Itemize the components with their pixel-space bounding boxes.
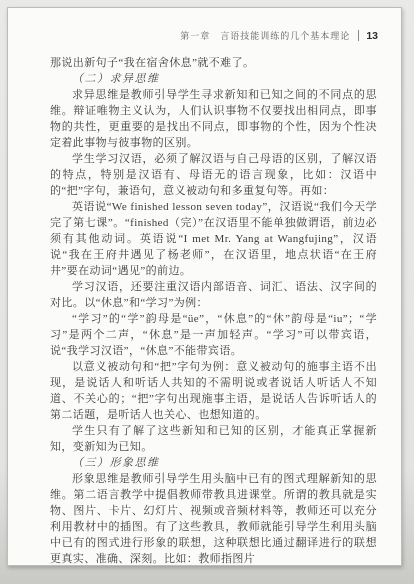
book-page: 第一章 言语技能训练的几个基本理论 13 那说出新句子“我在宿舍休息”就不难了。…: [7, 7, 402, 566]
body-paragraph: “学习”的“学”韵母是“üe”，“休息”的“休”韵母是“iu”；“学习”是两个二…: [50, 311, 377, 359]
page-body: 那说出新句子“我在宿舍休息”就不难了。（二）求异思维求异思维是教师引导学生寻求新…: [50, 55, 377, 567]
body-paragraph: 求异思维是教师引导学生寻求新知和已知之间的不同点的思维。辩证唯物主义认为，人们认…: [50, 87, 377, 151]
body-paragraph: 学生只有了解了这些新知和已知的区别，才能真正掌握新知，变新知为已知。: [50, 423, 377, 455]
body-paragraph: 形象思维是教师引导学生用头脑中已有的图式理解新知的思维。第二语言教学中提倡教师带…: [50, 471, 377, 567]
page-header: 第一章 言语技能训练的几个基本理论 13: [180, 29, 378, 42]
body-paragraph: 学习汉语，还要注重汉语内部语音、词汇、语法、汉字间的对比。以“休息”和“学习”为…: [50, 279, 377, 311]
body-paragraph: 那说出新句子“我在宿舍休息”就不难了。: [50, 55, 377, 71]
scan-background: 第一章 言语技能训练的几个基本理论 13 那说出新句子“我在宿舍休息”就不难了。…: [0, 0, 414, 584]
body-paragraph: 英语说“We finished lesson seven today”，汉语说“…: [50, 199, 377, 279]
body-paragraph: 以意义被动句和“把”字句为例：意义被动句的施事主语不出现，是说话人和听话人共知的…: [50, 359, 377, 423]
header-divider: [358, 30, 359, 41]
chapter-label: 第一章: [180, 29, 210, 42]
body-paragraph: 学生学习汉语，必须了解汉语与自己母语的区别，了解汉语的特点，特别是汉语有、母语无…: [50, 151, 377, 199]
section-heading: （二）求异思维: [50, 71, 377, 87]
page-number: 13: [366, 30, 378, 42]
chapter-title: 言语技能训练的几个基本理论: [220, 29, 350, 42]
section-heading: （三）形象思维: [50, 455, 377, 471]
